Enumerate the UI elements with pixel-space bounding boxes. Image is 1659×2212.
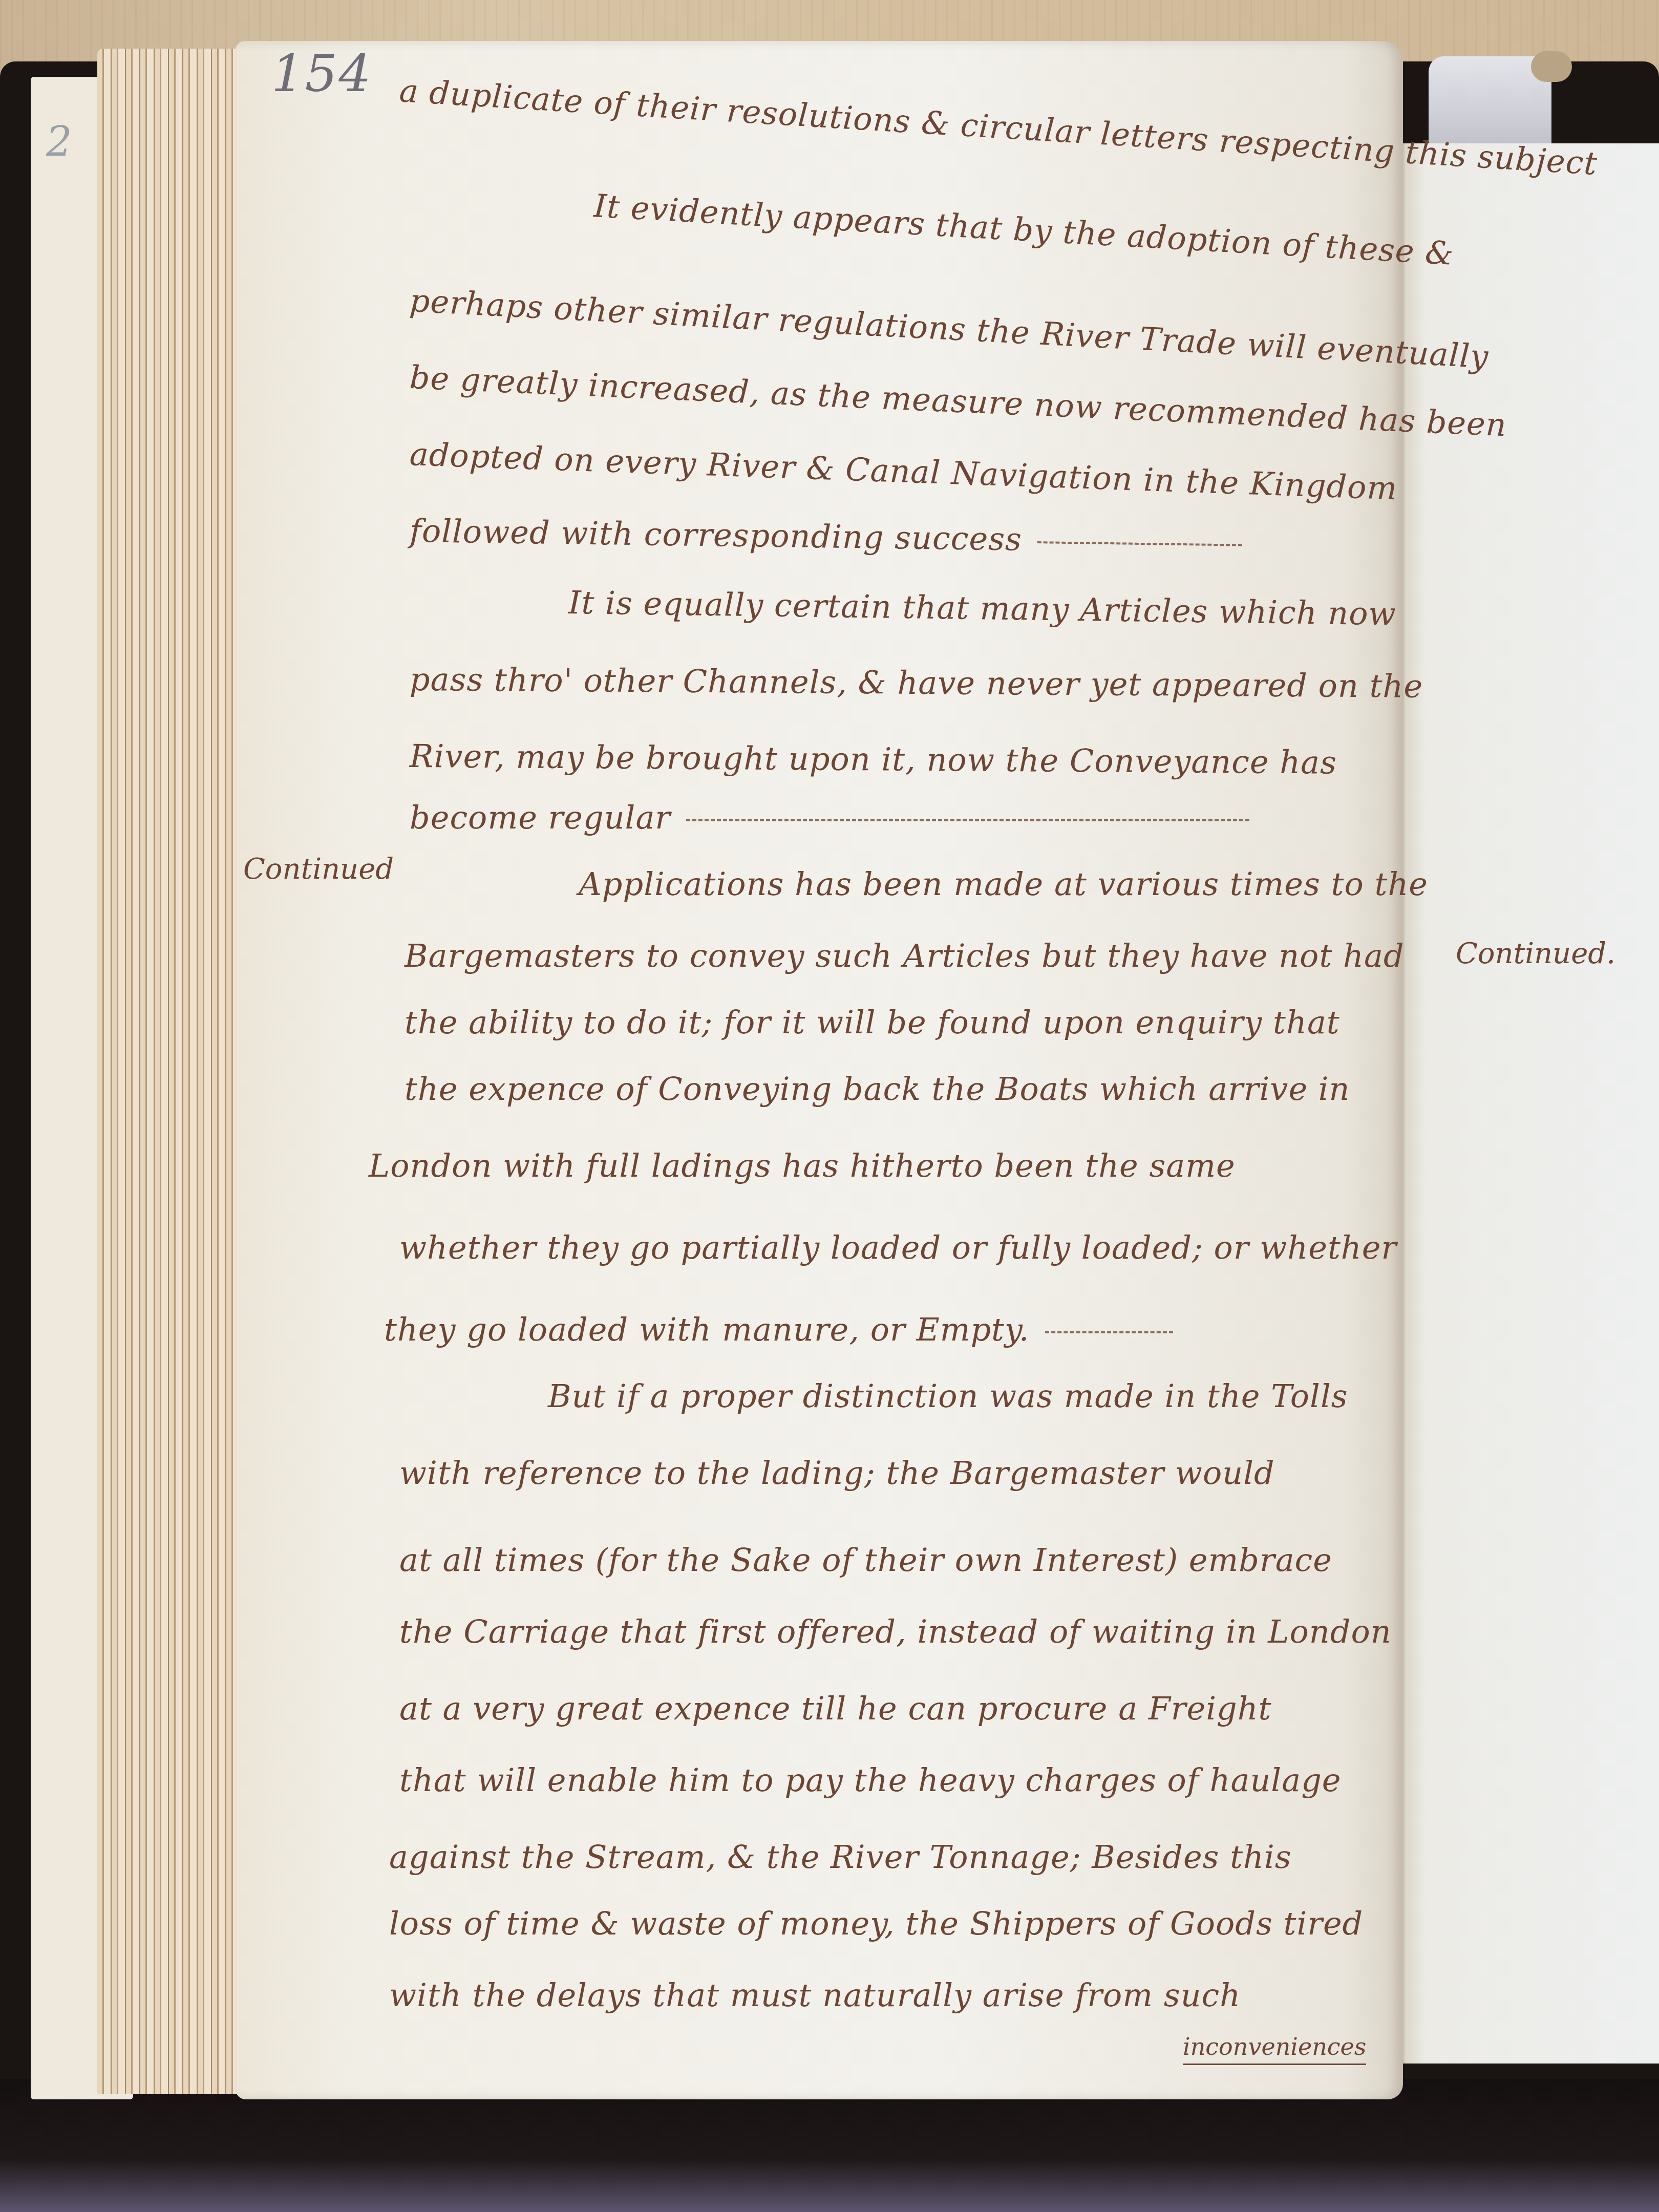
manuscript-line: at all times (for the Sake of their own …	[399, 1541, 1332, 1579]
line-filler-rule	[1037, 541, 1242, 546]
underlying-page-number: 2	[46, 118, 72, 165]
manuscript-line: pass thro' other Channels, & have never …	[410, 661, 1423, 705]
manuscript-line: the expence of Conveying back the Boats …	[405, 1070, 1350, 1108]
manuscript-line: they go loaded with manure, or Empty.	[384, 1311, 1173, 1348]
catchword: inconveniences	[1183, 2033, 1366, 2065]
bookmark-ribbon-fold	[1531, 51, 1572, 82]
manuscript-line: become regular	[410, 799, 1249, 836]
left-margin-note: Continued	[243, 853, 394, 886]
manuscript-line: But if a proper distinction was made in …	[548, 1377, 1348, 1415]
manuscript-line: loss of time & waste of money, the Shipp…	[389, 1905, 1363, 1942]
manuscript-line: whether they go partially loaded or full…	[399, 1229, 1397, 1266]
page-number: 154	[271, 44, 372, 103]
manuscript-line: with the delays that must naturally aris…	[389, 1976, 1241, 2014]
manuscript-line: the Carriage that first offered, instead…	[399, 1613, 1392, 1650]
manuscript-line: that will enable him to pay the heavy ch…	[399, 1761, 1342, 1799]
manuscript-line: River, may be brought upon it, now the C…	[410, 737, 1337, 781]
manuscript-line: Applications has been made at various ti…	[579, 865, 1428, 903]
manuscript-line: at a very great expence till he can proc…	[399, 1690, 1272, 1727]
manuscript-line: the ability to do it; for it will be fou…	[405, 1004, 1340, 1041]
manuscript-line: Bargemasters to convey such Articles but…	[405, 937, 1405, 974]
line-filler-rule	[1045, 1331, 1173, 1333]
manuscript-line: with reference to the lading; the Bargem…	[399, 1454, 1275, 1492]
right-page-margin-note: Continued.	[1456, 937, 1615, 970]
manuscript-line: London with full ladings has hitherto be…	[369, 1147, 1236, 1184]
manuscript-line: against the Stream, & the River Tonnage;…	[389, 1838, 1292, 1876]
line-filler-rule	[686, 819, 1249, 821]
